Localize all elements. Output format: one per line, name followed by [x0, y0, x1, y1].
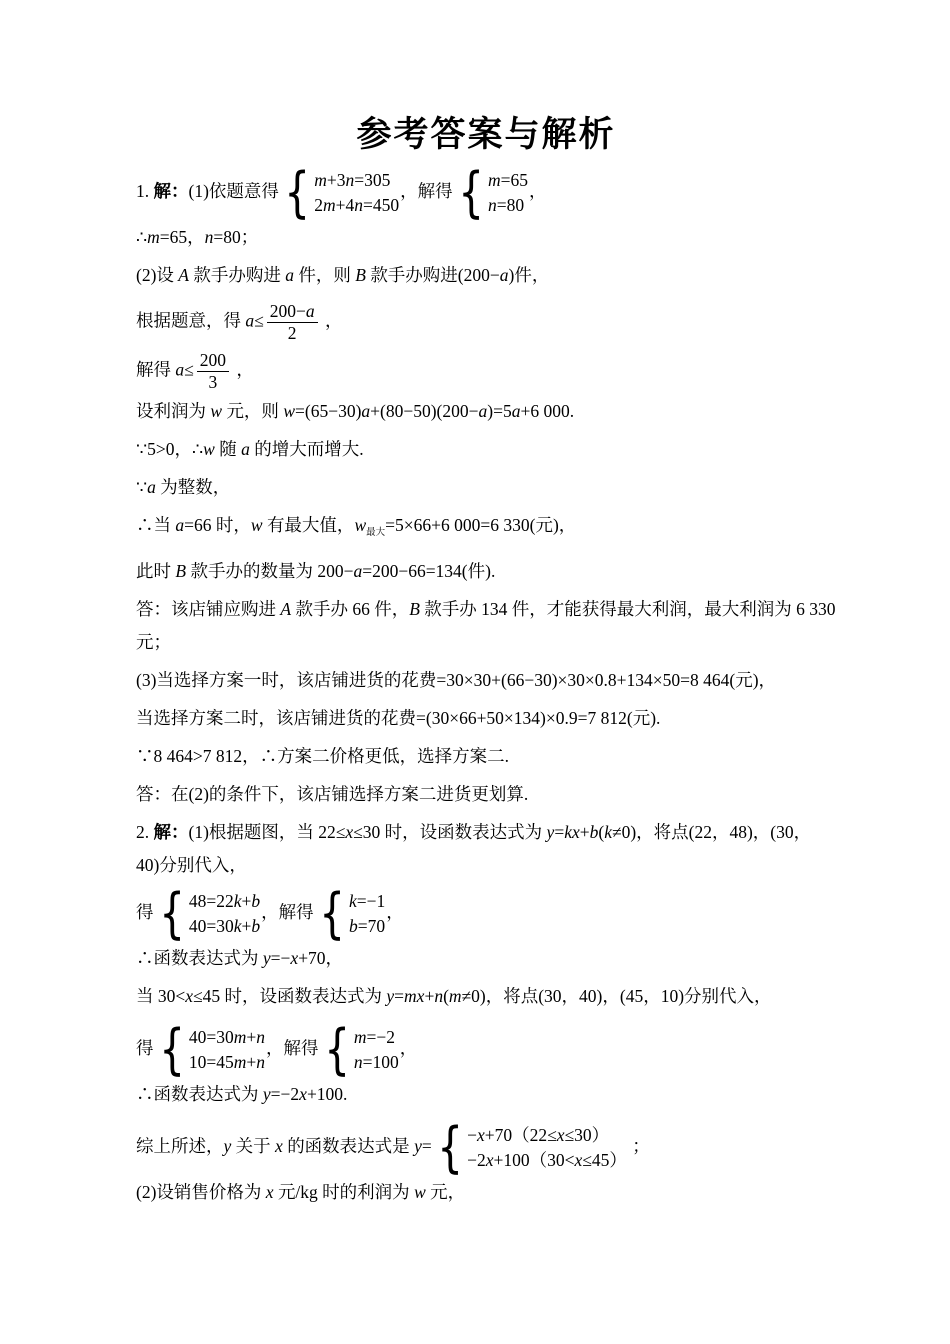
equation-row: 48=22k+b [189, 889, 260, 914]
math-variable: a [479, 401, 488, 421]
math-variable: A [280, 599, 291, 619]
left-brace-icon: { [324, 1023, 350, 1077]
text-fragment: + [242, 891, 252, 911]
text-fragment: 元/kg 时的利润为 [274, 1182, 415, 1202]
math-variable: m [488, 170, 501, 190]
text-fragment: 答：在(2)的条件下，该店铺选择方案二进货更划算. [136, 784, 528, 804]
math-variable: x [275, 1136, 283, 1156]
text-run: 40=30k+b [189, 916, 260, 936]
math-variable: b [251, 891, 260, 911]
text-fragment: 款手办 66 件， [291, 599, 409, 619]
text-fragment: 3 [208, 372, 217, 392]
text-fragment: 此时 [136, 561, 175, 581]
text-fragment: +70， [298, 948, 343, 968]
text-fragment: 有最大值， [263, 515, 355, 535]
text-run: 元； [136, 632, 171, 652]
text-fragment: =200−66=134(件). [362, 561, 495, 581]
equation-row: 2m+4n=450 [314, 193, 399, 218]
text-fragment: +6 000. [520, 401, 574, 421]
text-fragment: ≠0)，将点(30，40)，(45，10)分别代入， [462, 986, 772, 1006]
text-fragment: 关于 [231, 1136, 275, 1156]
text-run: 48=22k+b [189, 891, 260, 911]
text-fragment: ，解得 [266, 1038, 319, 1058]
text-fragment: +100. [307, 1084, 348, 1104]
equation-rows: 40=30m+n10=45m+n [189, 1025, 265, 1075]
left-brace-icon: { [284, 166, 310, 220]
math-variable: B [409, 599, 420, 619]
text-run: n=80 [488, 195, 524, 215]
text-run: (2)设销售价格为 x 元/kg 时的利润为 w 元， [136, 1182, 465, 1202]
text-fragment: )=5 [487, 401, 511, 421]
text-fragment: =−2 [271, 1084, 300, 1104]
text-line: 元； [136, 631, 892, 654]
fraction-denominator: 2 [288, 323, 297, 343]
math-variable: x [185, 986, 193, 1006]
math-variable: y [414, 1136, 422, 1156]
text-fragment: 的增大而增大. [250, 439, 364, 459]
text-run: 1. [136, 181, 154, 201]
text-line: ∵8 464>7 812，∴方案二价格更低，选择方案二. [136, 745, 892, 768]
text-fragment: 40)分别代入， [136, 855, 247, 875]
math-variable: a [241, 439, 250, 459]
text-line: (2)设销售价格为 x 元/kg 时的利润为 w 元， [136, 1181, 892, 1204]
left-brace-icon: { [159, 1023, 185, 1077]
text-fragment: 元， [426, 1182, 465, 1202]
text-run: ， [386, 902, 404, 922]
text-run: −2x+100（30<x≤45） [467, 1150, 627, 1170]
equation-row: m=−2 [354, 1025, 399, 1050]
text-fragment: 解得 [136, 360, 175, 380]
text-fragment: =80 [497, 195, 524, 215]
text-fragment: =−2 [367, 1027, 396, 1047]
text-run: 40)分别代入， [136, 855, 247, 875]
text-fragment: =65， [160, 227, 205, 247]
text-run: 答：该店铺应购进 A 款手办 66 件，B 款手办 134 件，才能获得最大利润… [136, 599, 836, 619]
text-fragment: ∵8 464>7 812，∴方案二价格更低，选择方案二. [136, 746, 509, 766]
text-fragment: +70（22≤ [485, 1125, 557, 1145]
text-fragment: 的函数表达式是 [283, 1136, 414, 1156]
fraction-numerator: 200−a [267, 302, 318, 323]
text-fragment: = [554, 822, 564, 842]
text-fragment: 40=30 [189, 1027, 234, 1047]
equation-row: 40=30m+n [189, 1025, 265, 1050]
equation-row: −2x+100（30<x≤45） [467, 1148, 627, 1173]
text-fragment: ， [232, 360, 254, 380]
fraction-numerator: 200 [197, 351, 229, 372]
text-line: 综上所述，y 关于 x 的函数表达式是 y={−x+70（22≤x≤30）−2x… [136, 1121, 892, 1175]
text-fragment: (2)设销售价格为 [136, 1182, 266, 1202]
text-fragment: 件，则 [294, 265, 355, 285]
equation-system: {m=−2n=100 [320, 1023, 399, 1077]
text-fragment: ≤30） [565, 1125, 610, 1145]
math-variable: k [604, 822, 612, 842]
math-variable: a [175, 515, 184, 535]
equation-row: n=100 [354, 1050, 399, 1075]
text-fragment: 款手办购进 [189, 265, 285, 285]
text-fragment: ∴函数表达式为 [136, 948, 263, 968]
text-run: 解： [154, 181, 189, 201]
text-run: (1)根据题图，当 22≤x≤30 时，设函数表达式为 y=kx+b(k≠0)，… [189, 822, 812, 842]
math-variable: w [283, 401, 295, 421]
text-line: (3)当选择方案一时，该店铺进货的花费=30×30+(66−30)×30×0.8… [136, 669, 892, 692]
equation-rows: −x+70（22≤x≤30）−2x+100（30<x≤45） [467, 1123, 627, 1173]
equation-system: {m=65n=80 [454, 166, 528, 220]
text-fragment: + [580, 822, 590, 842]
text-fragment: 得 [136, 902, 154, 922]
text-fragment: 40=30 [189, 916, 234, 936]
math-variable: n [354, 1052, 363, 1072]
equation-row: n=80 [488, 193, 528, 218]
text-fragment: 元，则 [222, 401, 283, 421]
equation-row: 40=30k+b [189, 914, 260, 939]
math-variable: w [414, 1182, 426, 1202]
math-variable: y [263, 1084, 271, 1104]
text-fragment: =100 [363, 1052, 399, 1072]
text-run: 解得 a≤ [136, 360, 194, 380]
math-variable: n [488, 195, 497, 215]
left-brace-icon: { [159, 887, 185, 941]
text-fragment: ∵5>0，∴ [136, 439, 203, 459]
text-run: 综上所述，y 关于 x 的函数表达式是 y= [136, 1136, 432, 1156]
text-run: =5×66+6 000=6 330(元)， [385, 515, 576, 535]
text-line: 此时 B 款手办的数量为 200−a=200−66=134(件). [136, 560, 892, 583]
equation-rows: 48=22k+b40=30k+b [189, 889, 260, 939]
text-fragment: − [467, 1125, 477, 1145]
document-body: 1. 解：(1)依题意得{m+3n=3052m+4n=450，解得{m=65n=… [136, 166, 892, 1204]
math-variable: m [234, 1052, 247, 1072]
text-fragment: 解： [154, 822, 189, 842]
text-run: 10=45m+n [189, 1052, 265, 1072]
math-variable: x [557, 1125, 565, 1145]
text-fragment: 元； [136, 632, 171, 652]
math-variable: a [353, 561, 362, 581]
equation-system: {48=22k+b40=30k+b [155, 887, 261, 941]
text-run: n=100 [354, 1052, 399, 1072]
math-variable: a [147, 477, 156, 497]
equation-system: {m+3n=3052m+4n=450 [280, 166, 399, 220]
text-fragment: 1. [136, 181, 154, 201]
text-fragment: ∴函数表达式为 [136, 1084, 263, 1104]
text-run: 当 30<x≤45 时，设函数表达式为 y=mx+n(m≠0)，将点(30，40… [136, 986, 772, 1006]
text-line: 答：该店铺应购进 A 款手办 66 件，B 款手办 134 件，才能获得最大利润… [136, 598, 892, 621]
math-variable: x [266, 1182, 274, 1202]
text-run: (3)当选择方案一时，该店铺进货的花费=30×30+(66−30)×30×0.8… [136, 670, 776, 690]
text-fragment: ≤45 时，设函数表达式为 [193, 986, 386, 1006]
text-fragment: 10=45 [189, 1052, 234, 1072]
text-run: −x+70（22≤x≤30） [467, 1125, 609, 1145]
text-run: 得 [136, 902, 154, 922]
text-line: ∴函数表达式为 y=−x+70， [136, 947, 892, 970]
document-page: 参考答案与解析 1. 解：(1)依题意得{m+3n=3052m+4n=450，解… [0, 0, 950, 1344]
fraction: 2003 [197, 351, 229, 392]
math-variable: w [354, 515, 366, 535]
equation-system: {40=30m+n10=45m+n [155, 1023, 266, 1077]
equation-rows: m=−2n=100 [354, 1025, 399, 1075]
text-run: 200−a [270, 301, 315, 321]
text-run: 2m+4n=450 [314, 195, 399, 215]
text-fragment: =305 [354, 170, 390, 190]
text-fragment: ， [529, 181, 547, 201]
math-variable: k [234, 916, 242, 936]
math-variable: n [434, 986, 443, 1006]
text-fragment: =70 [358, 916, 385, 936]
text-fragment: =450 [363, 195, 399, 215]
math-variable: n [346, 170, 355, 190]
text-run: ∴函数表达式为 y=−2x+100. [136, 1084, 347, 1104]
text-line: 2. 解：(1)根据题图，当 22≤x≤30 时，设函数表达式为 y=kx+b(… [136, 821, 892, 844]
text-fragment: 当 30< [136, 986, 185, 1006]
text-fragment: (1)根据题图，当 22≤ [189, 822, 346, 842]
text-fragment: 200− [270, 301, 306, 321]
text-line: 当 30<x≤45 时，设函数表达式为 y=mx+n(m≠0)，将点(30，40… [136, 985, 892, 1008]
text-fragment: (1)依题意得 [189, 181, 279, 201]
text-fragment: 解： [154, 181, 189, 201]
equation-row: m+3n=305 [314, 168, 399, 193]
math-variable: k [234, 891, 242, 911]
text-run: 40=30m+n [189, 1027, 265, 1047]
math-variable: B [175, 561, 186, 581]
equation-rows: k=−1b=70 [349, 889, 385, 939]
math-variable: a [245, 311, 254, 331]
text-line: 40)分别代入， [136, 854, 892, 877]
text-fragment: 2. [136, 822, 154, 842]
fraction: 200−a2 [267, 302, 318, 343]
text-fragment: (3)当选择方案一时，该店铺进货的花费=30×30+(66−30)×30×0.8… [136, 670, 776, 690]
text-run: 当选择方案二时，该店铺进货的花费=(30×66+50×134)×0.9=7 81… [136, 708, 660, 728]
text-line: ∵5>0，∴w 随 a 的增大而增大. [136, 438, 892, 461]
text-run: 得 [136, 1038, 154, 1058]
text-fragment: ≠0)，将点(22，48)，(30， [612, 822, 811, 842]
text-run: ∵5>0，∴w 随 a 的增大而增大. [136, 439, 364, 459]
text-fragment: ， [386, 902, 404, 922]
math-variable: m [147, 227, 160, 247]
text-run: m+3n=305 [314, 170, 390, 190]
text-fragment: ≤ [254, 311, 264, 331]
text-run: b=70 [349, 916, 385, 936]
text-run: ∴当 a=66 时，w 有最大值，w [136, 515, 366, 535]
text-run: m=65 [488, 170, 528, 190]
text-fragment: (2)设 [136, 265, 178, 285]
text-run: 2 [288, 323, 297, 343]
text-line: 设利润为 w 元，则 w=(65−30)a+(80−50)(200−a)=5a+… [136, 400, 892, 423]
math-variable: w [251, 515, 263, 535]
equation-row: m=65 [488, 168, 528, 193]
text-fragment: =66 时， [184, 515, 251, 535]
text-fragment: 款手办购进(200− [366, 265, 500, 285]
equation-row: 10=45m+n [189, 1050, 265, 1075]
text-fragment: 得 [136, 1038, 154, 1058]
math-variable: k [349, 891, 357, 911]
math-variable: kx [564, 822, 580, 842]
text-run: (2)设 A 款手办购进 a 件，则 B 款手办购进(200−a)件， [136, 265, 549, 285]
text-run: ，解得 [261, 902, 314, 922]
left-brace-icon: { [437, 1121, 463, 1175]
math-variable: y [263, 948, 271, 968]
equation-row: b=70 [349, 914, 385, 939]
text-fragment: ，解得 [400, 181, 453, 201]
text-run: 答：在(2)的条件下，该店铺选择方案二进货更划算. [136, 784, 528, 804]
text-fragment: 款手办的数量为 200− [186, 561, 353, 581]
text-line: 当选择方案二时，该店铺进货的花费=(30×66+50×134)×0.9=7 81… [136, 707, 892, 730]
text-fragment: 2 [288, 323, 297, 343]
text-fragment: 当选择方案二时，该店铺进货的花费=(30×66+50×134)×0.9=7 81… [136, 708, 660, 728]
text-fragment: =(65−30) [295, 401, 361, 421]
text-line: ∴当 a=66 时，w 有最大值，w最大=5×66+6 000=6 330(元)… [136, 514, 892, 545]
math-variable: m [354, 1027, 367, 1047]
text-run: ∵8 464>7 812，∴方案二价格更低，选择方案二. [136, 746, 509, 766]
math-variable: n [256, 1052, 265, 1072]
math-variable: n [354, 195, 363, 215]
text-fragment: +100（30< [493, 1150, 574, 1170]
text-fragment: ≤30 时，设函数表达式为 [353, 822, 546, 842]
text-run: 200 [200, 350, 226, 370]
fraction-denominator: 3 [208, 372, 217, 392]
text-fragment: +3 [327, 170, 346, 190]
text-fragment: + [246, 1027, 256, 1047]
text-run: ， [232, 360, 254, 380]
text-run: 解： [154, 822, 189, 842]
text-fragment: = [394, 986, 404, 1006]
text-fragment: =80； [213, 227, 258, 247]
text-fragment: 随 [215, 439, 241, 459]
text-line: 1. 解：(1)依题意得{m+3n=3052m+4n=450，解得{m=65n=… [136, 166, 892, 220]
text-run: 设利润为 w 元，则 w=(65−30)a+(80−50)(200−a)=5a+… [136, 401, 574, 421]
text-fragment: 综上所述， [136, 1136, 224, 1156]
equation-row: k=−1 [349, 889, 385, 914]
text-fragment: ； [628, 1136, 650, 1156]
text-fragment: = [422, 1136, 432, 1156]
text-line: ∴m=65，n=80； [136, 226, 892, 249]
text-run: ∴函数表达式为 y=−x+70， [136, 948, 343, 968]
equation-system: {k=−1b=70 [315, 887, 386, 941]
text-line: 得{40=30m+n10=45m+n，解得{m=−2n=100， [136, 1023, 892, 1077]
text-line: 得{48=22k+b40=30k+b，解得{k=−1b=70， [136, 887, 892, 941]
text-fragment: + [424, 986, 434, 1006]
math-variable: x [345, 822, 353, 842]
text-run: ； [628, 1136, 650, 1156]
math-variable: B [355, 265, 366, 285]
text-fragment: ∴ [136, 227, 147, 247]
text-fragment: + [242, 916, 252, 936]
math-variable: y [386, 986, 394, 1006]
text-fragment: ， [321, 311, 343, 331]
equation-row: −x+70（22≤x≤30） [467, 1123, 627, 1148]
text-fragment: )件， [509, 265, 550, 285]
math-variable: mx [404, 986, 424, 1006]
text-fragment: =−1 [357, 891, 386, 911]
equation-rows: m=65n=80 [488, 168, 528, 218]
math-variable: x [477, 1125, 485, 1145]
text-line: 根据题意，得 a≤200−a2 ， [136, 302, 892, 343]
text-fragment: 为整数， [156, 477, 230, 497]
text-fragment: 根据题意，得 [136, 311, 245, 331]
text-fragment: 200 [200, 350, 226, 370]
text-run: 2. [136, 822, 154, 842]
text-fragment: + [246, 1052, 256, 1072]
text-run: 此时 B 款手办的数量为 200−a=200−66=134(件). [136, 561, 495, 581]
text-fragment: =65 [501, 170, 528, 190]
text-fragment: +4 [336, 195, 355, 215]
text-fragment: 答：该店铺应购进 [136, 599, 280, 619]
text-fragment: ≤45） [582, 1150, 627, 1170]
math-variable: A [178, 265, 189, 285]
math-variable: x [299, 1084, 307, 1104]
text-fragment: −2 [467, 1150, 486, 1170]
text-line: 解得 a≤2003 ， [136, 351, 892, 392]
math-variable: m [314, 170, 327, 190]
text-fragment: ，解得 [261, 902, 314, 922]
text-run: k=−1 [349, 891, 385, 911]
text-run: ，解得 [266, 1038, 319, 1058]
text-line: (2)设 A 款手办购进 a 件，则 B 款手办购进(200−a)件， [136, 264, 892, 287]
math-variable: a [500, 265, 509, 285]
math-variable: w [210, 401, 222, 421]
equation-system: {−x+70（22≤x≤30）−2x+100（30<x≤45） [433, 1121, 627, 1175]
text-run: ， [321, 311, 343, 331]
subscript: 最大 [366, 528, 385, 538]
text-fragment: =5×66+6 000=6 330(元)， [385, 515, 576, 535]
math-variable: n [256, 1027, 265, 1047]
text-run: 根据题意，得 a≤ [136, 311, 264, 331]
equation-rows: m+3n=3052m+4n=450 [314, 168, 399, 218]
text-run: ∴m=65，n=80； [136, 227, 258, 247]
math-variable: m [449, 986, 462, 1006]
math-variable: a [306, 301, 315, 321]
text-run: 3 [208, 372, 217, 392]
text-run: m=−2 [354, 1027, 395, 1047]
text-run: ，解得 [400, 181, 453, 201]
text-run: (1)依题意得 [189, 181, 279, 201]
math-variable: m [234, 1027, 247, 1047]
left-brace-icon: { [458, 166, 484, 220]
text-run: ， [400, 1038, 418, 1058]
text-fragment: 2 [314, 195, 323, 215]
text-fragment: +(80−50)(200− [370, 401, 478, 421]
text-run: ∵a 为整数， [136, 477, 230, 497]
math-variable: w [203, 439, 215, 459]
text-fragment: ∴当 [136, 515, 175, 535]
left-brace-icon: { [319, 887, 345, 941]
text-line: ∵a 为整数， [136, 476, 892, 499]
text-run: ， [529, 181, 547, 201]
math-variable: a [285, 265, 294, 285]
math-variable: b [349, 916, 358, 936]
text-fragment: =− [271, 948, 291, 968]
text-fragment: ∵ [136, 477, 147, 497]
text-fragment: ≤ [184, 360, 194, 380]
text-fragment: ， [400, 1038, 418, 1058]
math-variable: b [251, 916, 260, 936]
text-line: 答：在(2)的条件下，该店铺选择方案二进货更划算. [136, 783, 892, 806]
page-title: 参考答案与解析 [108, 116, 864, 154]
math-variable: a [361, 401, 370, 421]
math-variable: m [323, 195, 336, 215]
math-variable: a [175, 360, 184, 380]
text-fragment: 款手办 134 件，才能获得最大利润，最大利润为 6 330 [420, 599, 836, 619]
text-fragment: 设利润为 [136, 401, 210, 421]
text-fragment: 48=22 [189, 891, 234, 911]
text-line: ∴函数表达式为 y=−2x+100. [136, 1083, 892, 1106]
